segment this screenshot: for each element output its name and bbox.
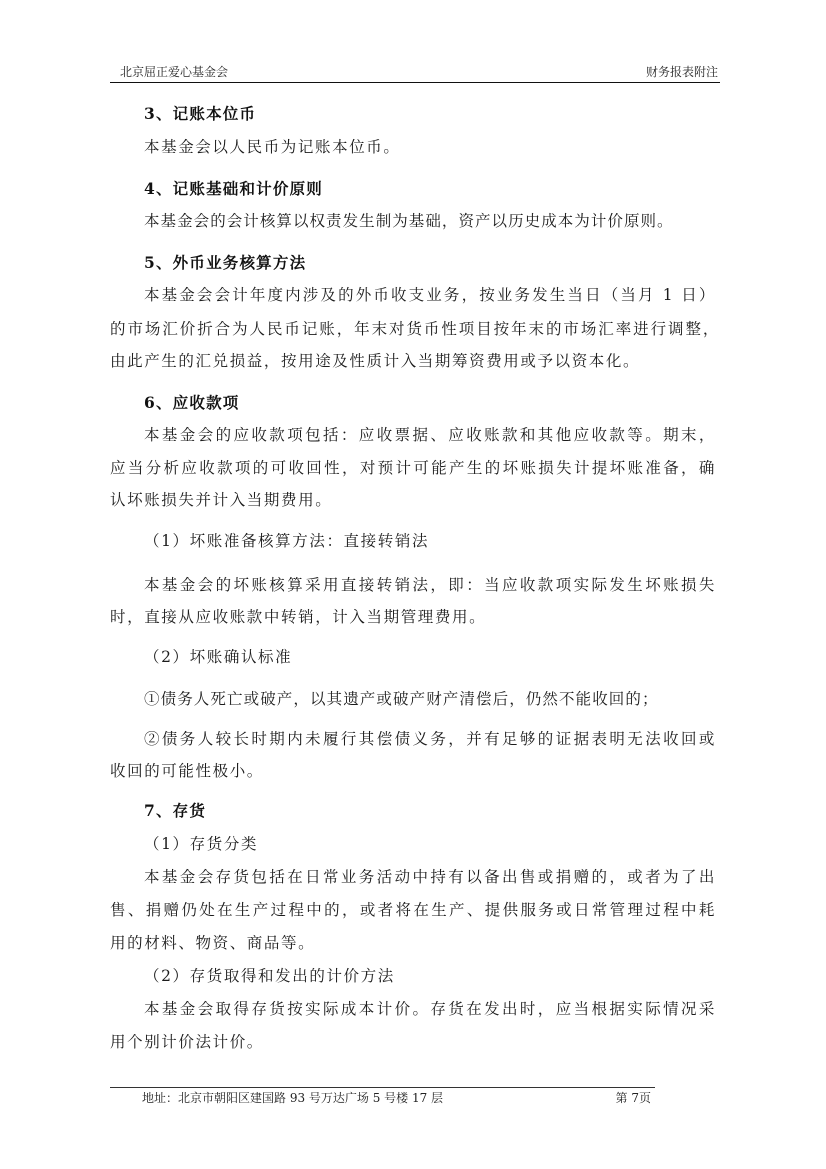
section-heading-7: 7、存货: [144, 800, 206, 822]
section-heading-3: 3、记账本位币: [144, 103, 256, 125]
section-heading-6: 6、应收款项: [144, 392, 240, 414]
footer-address: 地址：北京市朝阳区建国路 93 号万达广场 5 号楼 17 层: [142, 1089, 443, 1107]
paragraph-line: 本基金会的坏账核算采用直接转销法，即：当应收款项实际发生坏账损失: [144, 574, 716, 596]
paragraph-line: 时，直接从应收账款中转销，计入当期管理费用。: [110, 606, 486, 628]
footer-divider: [110, 1087, 655, 1088]
header-divider: [110, 82, 720, 83]
subsection-title: （2）存货取得和发出的计价方法: [144, 965, 395, 987]
document-page: 北京屈正爱心基金会 财务报表附注 3、记账本位币 本基金会以人民币为记账本位币。…: [0, 0, 826, 1169]
header-document-type: 财务报表附注: [646, 63, 718, 81]
criteria-item: ①债务人死亡或破产，以其遗产或破产财产清偿后，仍然不能收回的；: [144, 688, 659, 710]
paragraph-line: 由此产生的汇兑损益，按用途及性质计入当期筹资费用或予以资本化。: [110, 350, 640, 372]
subsection-title: （1）坏账准备核算方法：直接转销法: [144, 530, 429, 552]
paragraph-line: 本基金会以人民币为记账本位币。: [144, 136, 401, 158]
paragraph-line: 售、捐赠仍处在生产过程中的，或者将在生产、提供服务或日常管理过程中耗: [110, 899, 716, 921]
page-header: 北京屈正爱心基金会 财务报表附注: [110, 63, 720, 81]
paragraph-line: 认坏账损失并计入当期费用。: [110, 489, 332, 511]
paragraph-line: 本基金会会计年度内涉及的外币收支业务，按业务发生当日（当月 1 日）: [144, 284, 716, 306]
criteria-item-continuation: 收回的可能性极小。: [110, 760, 264, 782]
section-heading-5: 5、外币业务核算方法: [144, 252, 306, 274]
paragraph-line: 应当分析应收款项的可收回性，对预计可能产生的坏账损失计提坏账准备，确: [110, 457, 716, 479]
paragraph-line: 用个别计价法计价。: [110, 1031, 264, 1053]
section-heading-4: 4、记账基础和计价原则: [144, 178, 323, 200]
paragraph-line: 的市场汇价折合为人民币记账，年末对货币性项目按年末的市场汇率进行调整，: [110, 318, 720, 340]
paragraph-line: 本基金会取得存货按实际成本计价。存货在发出时，应当根据实际情况采: [144, 998, 716, 1020]
paragraph-line: 用的材料、物资、商品等。: [110, 932, 315, 954]
subsection-title: （2）坏账确认标准: [144, 646, 292, 668]
page-number: 第 7页: [616, 1089, 651, 1107]
criteria-item: ②债务人较长时期内未履行其偿债义务，并有足够的证据表明无法收回或: [144, 728, 716, 750]
subsection-title: （1）存货分类: [144, 833, 258, 855]
paragraph-line: 本基金会的会计核算以权责发生制为基础，资产以历史成本为计价原则。: [144, 210, 674, 232]
paragraph-line: 本基金会存货包括在日常业务活动中持有以备出售或捐赠的，或者为了出: [144, 866, 716, 888]
paragraph-line: 本基金会的应收款项包括：应收票据、应收账款和其他应收款等。期末，: [144, 424, 716, 446]
header-organization: 北京屈正爱心基金会: [120, 63, 228, 81]
